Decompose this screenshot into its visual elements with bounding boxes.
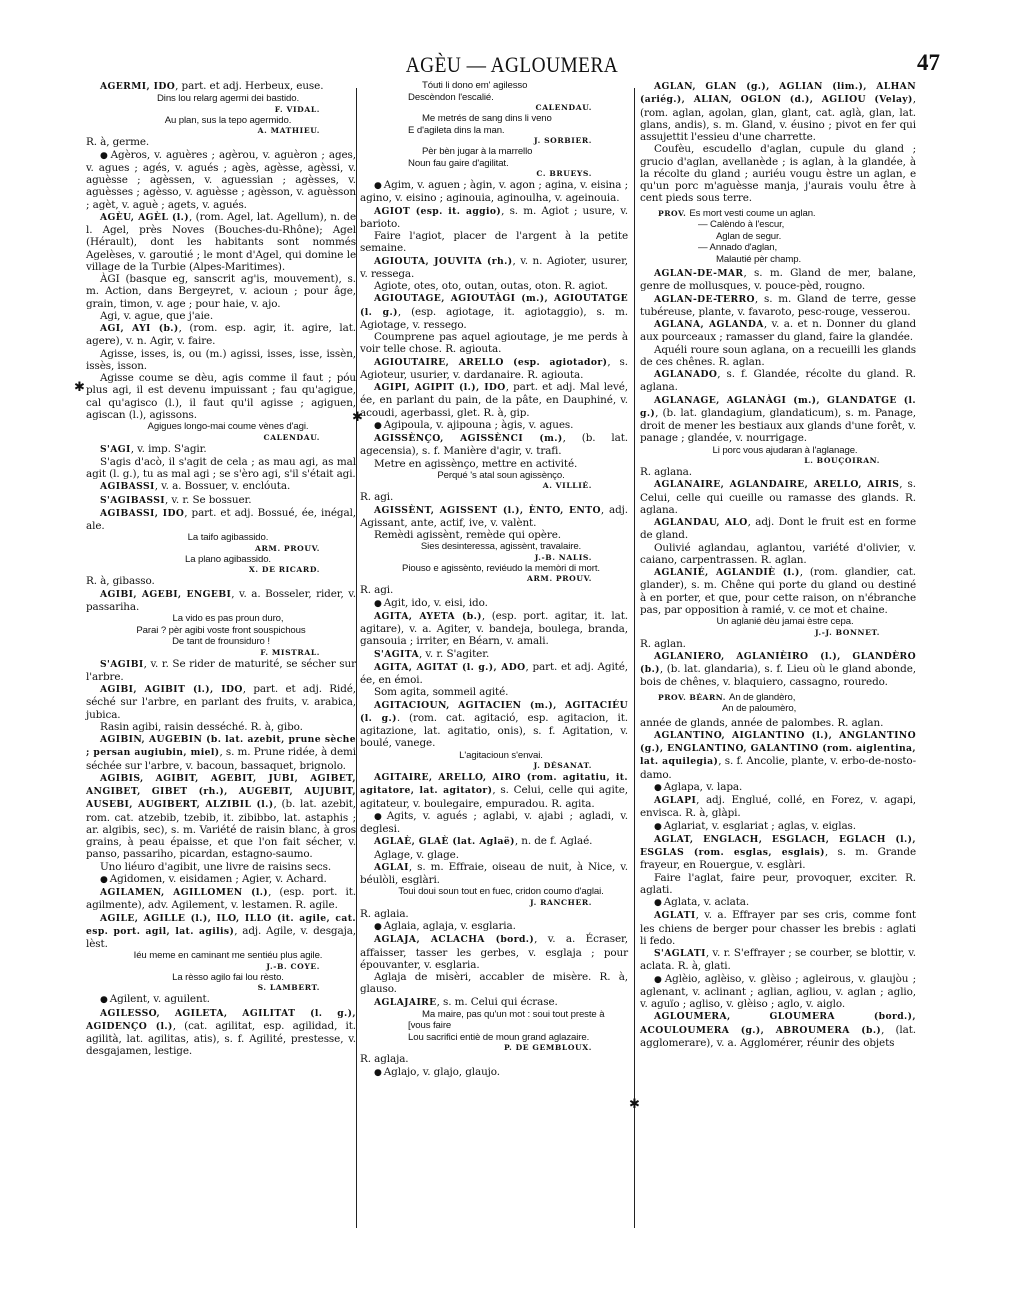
citation-author: C. BRUEYS. [360, 169, 628, 179]
dictionary-entry: AGLAPI, adj. Englué, collé, en Forez, v.… [640, 794, 916, 820]
headword: AGLANAGE, AGLANÀGI (m.), GLANDATGE (l. g… [640, 395, 916, 419]
headword: AGILAMEN, AGILLOMEN (l.) [100, 887, 268, 898]
citation-quote: La plano agibassido. [86, 554, 356, 566]
citation-quote: Pèr bèn jugar à la marrello Noun fau gai… [360, 146, 628, 169]
headword: AGLAJAIRE [374, 997, 437, 1008]
headword: AGISSÈNT, AGISSENT (l.), ÈNTO, ENTO [374, 505, 601, 516]
dictionary-entry: Som agita, sommeil agité. [360, 686, 628, 698]
citation-quote: Tóuti li dono em' agilesso Descèndon l'e… [360, 80, 628, 103]
cross-reference-entry: Aglaia, aglaja, v. esglaria. [360, 920, 628, 933]
headword: AGLAPI [654, 795, 696, 806]
headword: AGIBI, AGEBI, ENGEBI [100, 589, 231, 600]
headword: AGLANIERO, AGLANIÈIRO (l.), GLANDÈRO (b.… [640, 651, 916, 675]
dictionary-entry: S'AGITA, v. r. S'agiter. [360, 648, 628, 661]
citation-author: A. VILLIÉ. [360, 481, 628, 491]
dictionary-entry: Agiote, otes, oto, outan, outas, oton. R… [360, 280, 628, 292]
citation-author: J.-B. NALIS. [360, 553, 628, 563]
dictionary-entry: Uno liéuro d'agibit, une livre de raisin… [86, 861, 356, 873]
etymology-note: R. agi. [360, 491, 628, 503]
citation-author: CALENDAU. [86, 433, 356, 443]
dictionary-entry: AGÈU, AGÈL (l.), (rom. Agel, lat. Agellu… [86, 211, 356, 273]
headword: AGERMI, IDO [100, 81, 175, 92]
dictionary-entry: Agisse coume se dèu, agis comme il faut … [86, 372, 356, 421]
citation-quote: La taifo agibassido. [86, 532, 356, 544]
proverb-line: Malautié pèr champ. [640, 254, 916, 266]
citation-quote: Piouso e agissènto, reviéudo la memòri d… [360, 563, 628, 575]
column-divider [634, 88, 635, 1228]
proverb-line: An de glandèro, [729, 692, 795, 703]
cross-reference-entry: Aglèio, aglèiso, v. glèiso ; agleirous, … [640, 973, 916, 1011]
etymology-note: année de glands, année de palombes. R. a… [640, 717, 916, 729]
citation-quote: Un aglanié dèu jamai èstre cepa. [640, 616, 916, 628]
citation-author: X. DE RICARD. [86, 565, 356, 575]
cross-reference-entry: Agits, v. agués ; aglabi, v. ajabi ; agl… [360, 810, 628, 836]
citation-author: F. MISTRAL. [86, 648, 356, 658]
dictionary-entry: Faire l'aglat, faire peur, provoquer, ex… [640, 872, 916, 897]
cross-reference-entry: Agidomen, v. eisidamen ; Agier, v. Achar… [86, 873, 356, 886]
citation-quote: La rèsso agilo fai lou rèsto. [86, 972, 356, 984]
dictionary-entry: ÀGI (basque eg, sanscrit ag'is, mouvemen… [86, 273, 356, 310]
headword: S'AGI [100, 444, 131, 455]
column-right: AGLAN, GLAN (g.), AGLIAN (lim.), ALHAN (… [640, 80, 916, 1049]
etymology-note: R. à, gibasso. [86, 575, 356, 587]
proverb-line: — Annado d'aglan, [640, 242, 916, 254]
citation-quote: L'agitacioun s'envai. [360, 750, 628, 762]
proverb-block: PROV. BÉARN. An de glandèro,An de paloum… [640, 692, 916, 715]
dictionary-entry: AGLANIÉ, AGLANDIÈ (l.), (rom. glandier, … [640, 566, 916, 616]
citation-quote: La vido es pas proun duro, Parai ? pèr a… [86, 613, 356, 648]
citation-author: J. DÉSANAT. [360, 761, 628, 771]
citation-author: J.-B. COYE. [86, 962, 356, 972]
headword: AGLAI [374, 862, 409, 873]
dictionary-entry: AGITACIOUN, AGITACIEN (m.), AGITACIÉU (l… [360, 699, 628, 750]
dictionary-entry: AGLAI, s. m. Effraie, oiseau de nuit, à … [360, 861, 628, 887]
citation-author: A. MATHIEU. [86, 126, 356, 136]
citation-quote: Toui doui soun tout en fuec, cridon coum… [360, 886, 628, 898]
headword: AGLANAIRE, AGLANDAIRE, ARELLO, AIRIS [654, 479, 899, 490]
proverb-label: PROV. [658, 209, 689, 218]
headword: AGLANIÉ, AGLANDIÈ (l.) [654, 567, 800, 578]
cross-reference-entry: Aglariat, v. esglariat ; aglas, v. eigla… [640, 820, 916, 833]
dictionary-entry: AGILAMEN, AGILLOMEN (l.), (esp. port. it… [86, 886, 356, 912]
dictionary-entry: AGLAT, ENGLACH, ESGLACH, EGLACH (l.), ES… [640, 833, 916, 872]
dictionary-entry: AGIOT (esp. it. aggio), s. m. Agiot ; us… [360, 205, 628, 231]
headword: AGLAT, ENGLACH, ESGLACH, EGLACH (l.), ES… [640, 834, 916, 858]
etymology-note: R. à, germe. [86, 136, 356, 148]
headword: AGITA, AGITAT (l. g.), ADO [374, 662, 526, 673]
dictionary-entry: AGISSÈNT, AGISSENT (l.), ÈNTO, ENTO, adj… [360, 504, 628, 530]
headword: AGILE, AGILLE (l.), ILO, ILLO (it. agile… [86, 913, 356, 937]
dictionary-entry: AGLAJA, ACLACHA (bord.), v. a. Écraser, … [360, 933, 628, 971]
citation-author: ARM. PROUV. [86, 544, 356, 554]
citation-quote: Au plan, sus la tepo agermido. [86, 115, 356, 127]
proverb-label: PROV. BÉARN. [658, 693, 729, 702]
citation-quote: Ma maire, pas qu'un mot : soui tout pres… [360, 1009, 628, 1044]
dictionary-entry: AGITA, AGITAT (l. g.), ADO, part. et adj… [360, 661, 628, 687]
dictionary-entry: S'AGIBASSI, v. r. Se bossuer. [86, 494, 356, 507]
dictionary-entry: AGLANAIRE, AGLANDAIRE, ARELLO, AIRIS, s.… [640, 478, 916, 516]
dictionary-entry: AGLAÈ, GLAÈ (lat. Aglaë), n. de f. Aglaé… [360, 835, 628, 848]
headword: S'AGLATI [654, 948, 706, 959]
citation-quote: Agigues longo-mai coume vènes d'agi. [86, 421, 356, 433]
headword: S'AGIBASSI [100, 495, 165, 506]
headword: AGLATI [654, 910, 696, 921]
proverb-line: Es mort vesti coume un aglan. [689, 208, 815, 219]
dictionary-entry: AGLAN-DE-TERRO, s. m. Gland de terre, ge… [640, 293, 916, 319]
citation-quote: Me metrés de sang dins li veno E d'agile… [360, 113, 628, 136]
dictionary-entry: AGIBI, AGIBIT (l.), IDO, part. et adj. R… [86, 683, 356, 721]
dictionary-entry: Faire l'agiot, placer de l'argent à la p… [360, 230, 628, 255]
dictionary-entry: AGIBIS, AGIBIT, AGEBIT, JUBI, AGIBET, AN… [86, 772, 356, 861]
dictionary-entry: AGLANA, AGLANDA, v. a. et n. Donner du g… [640, 318, 916, 344]
headword: AGIBASSI, IDO [100, 508, 184, 519]
dictionary-page: AGÈU — AGLOUMERA 47 AGERMI, IDO, part. e… [0, 0, 1024, 1305]
dictionary-entry: AGIOUTAGE, AGIOUTÀGI (m.), AGIOUTATGE (l… [360, 292, 628, 331]
column-middle: Tóuti li dono em' agilesso Descèndon l'e… [360, 80, 628, 1079]
dictionary-entry: AGISSÈNÇO, AGISSÈNCI (m.), (b. lat. agec… [360, 432, 628, 458]
headword: AGILESSO, AGILETA, AGILITAT (l. g.), AGI… [86, 1008, 356, 1032]
dictionary-entry: AGLANTINO, AIGLANTINO (l.), ANGLANTINO (… [640, 729, 916, 781]
cross-reference-entry: Aglapa, v. lapa. [640, 781, 916, 794]
citation-author: J.-J. BONNET. [640, 628, 916, 638]
headword: AGITACIOUN, AGITACIEN (m.), AGITACIÉU (l… [360, 700, 628, 724]
etymology-note: R. aglaia. [360, 908, 628, 920]
etymology-note: R. aglaja. [360, 1053, 628, 1065]
citation-quote: Sies desinteressa, agissènt, travalaire. [360, 541, 628, 553]
dictionary-entry: AGI, AYI (b.), (rom. esp. agir, it. agir… [86, 322, 356, 348]
margin-asterisk-icon: ✱ [74, 380, 85, 395]
headword: AGIBASSI [100, 481, 155, 492]
cross-reference-entry: Agit, ido, v. eisi, ido. [360, 597, 628, 610]
headword: AGLAN-DE-MAR [654, 268, 743, 279]
cross-reference-entry: Agèros, v. aguères ; agèrou, v. aguèron … [86, 149, 356, 211]
headword: AGLAJA, ACLACHA (bord.) [374, 934, 534, 945]
dictionary-entry: Aquéli roure soun aglana, on a recueilli… [640, 344, 916, 369]
dictionary-entry: AGIBASSI, v. a. Bossuer, v. enclóuta. [86, 480, 356, 493]
dictionary-entry: AGLATI, v. a. Effrayer par ses cris, com… [640, 909, 916, 947]
citation-author: L. BOUÇOIRAN. [640, 456, 916, 466]
headword: AGIBIN, AUGEBIN (b. lat. azebit, prune s… [86, 734, 356, 758]
dictionary-entry: AGLAN-DE-MAR, s. m. Gland de mer, balane… [640, 267, 916, 293]
cross-reference-entry: Aglata, v. aclata. [640, 896, 916, 909]
dictionary-entry: AGILE, AGILLE (l.), ILO, ILLO (it. agile… [86, 912, 356, 951]
dictionary-entry: Coufèu, escudello d'aglan, cupule du gla… [640, 143, 916, 204]
dictionary-entry: Agi, v. ague, que j'aie. [86, 310, 356, 322]
headword: AGIPI, AGIPIT (l.), IDO [374, 382, 506, 393]
headword: AGLANTINO, AIGLANTINO (l.), ANGLANTINO (… [640, 730, 916, 768]
dictionary-entry: AGIBASSI, IDO, part. et adj. Bossué, ée,… [86, 507, 356, 533]
dictionary-entry: AGERMI, IDO, part. et adj. Herbeux, euse… [86, 80, 356, 93]
dictionary-entry: AGLANIERO, AGLANIÈIRO (l.), GLANDÈRO (b.… [640, 650, 916, 689]
citation-author: J. RANCHER. [360, 898, 628, 908]
headword: AGÈU, AGÈL (l.) [100, 212, 189, 223]
headword: S'AGIBI [100, 659, 144, 670]
dictionary-entry: AGIBI, AGEBI, ENGEBI, v. a. Bosseler, ri… [86, 588, 356, 614]
headword: AGITAIRE, ARELLO, AIRO (rom. agitatiu, i… [360, 772, 628, 796]
headword: AGIBI, AGIBIT (l.), IDO [100, 684, 243, 695]
dictionary-entry: AGLOUMERA, GLOUMERA (bord.), ACOULOUMERA… [640, 1010, 916, 1049]
headword: AGISSÈNÇO, AGISSÈNCI (m.) [374, 433, 563, 444]
citation-quote: Perqué 's atal soun agissènço. [360, 470, 628, 482]
headword: AGLANDAU, ALO [654, 517, 748, 528]
dictionary-entry: S'AGI, v. imp. S'agir. [86, 443, 356, 456]
headword: AGLAN, GLAN (g.), AGLIAN (lim.), ALHAN (… [640, 81, 916, 105]
dictionary-entry: AGITAIRE, ARELLO, AIRO (rom. agitatiu, i… [360, 771, 628, 810]
running-title: AGÈU — AGLOUMERA [61, 52, 962, 78]
dictionary-entry: AGIPI, AGIPIT (l.), IDO, part. et adj. M… [360, 381, 628, 419]
dictionary-entry: Remèdi agissènt, remède qui opère. [360, 529, 628, 541]
headword: AGLANA, AGLANDA [654, 319, 764, 330]
dictionary-entry: AGLAJAIRE, s. m. Celui qui écrase. [360, 996, 628, 1009]
headword: AGITA, AYETA (b.) [374, 611, 482, 622]
citation-author: F. VIDAL. [86, 105, 356, 115]
cross-reference-entry: Agipoula, v. ajipouna ; àgis, v. agues. [360, 419, 628, 432]
citation-author: S. LAMBERT. [86, 983, 356, 993]
dictionary-entry: AGLANADO, s. f. Glandée, récolte du glan… [640, 368, 916, 394]
dictionary-entry: AGIOUTAIRE, ARELLO (esp. agiotador), s. … [360, 356, 628, 382]
dictionary-entry: AGIBIN, AUGEBIN (b. lat. azebit, prune s… [86, 733, 356, 772]
citation-quote: Dins lou relarg agermi dei bastido. [86, 93, 356, 105]
headword: AGLAÈ, GLAÈ (lat. Aglaë) [374, 836, 515, 847]
dictionary-entry: AGITA, AYETA (b.), (esp. port. agitar, i… [360, 610, 628, 648]
proverb-line: Aglan de segur. [640, 231, 916, 243]
dictionary-entry: AGILESSO, AGILETA, AGILITAT (l. g.), AGI… [86, 1007, 356, 1058]
dictionary-entry: AGIOUTA, JOUVITA (rh.), v. n. Agioter, u… [360, 255, 628, 281]
headword: AGLOUMERA, GLOUMERA (bord.), ACOULOUMERA… [640, 1011, 916, 1035]
citation-author: ARM. PROUV. [360, 574, 628, 584]
headword: AGIBIS, AGIBIT, AGEBIT, JUBI, AGIBET, AN… [86, 773, 356, 811]
margin-asterisk-icon: ✱ [629, 1097, 640, 1112]
etymology-note: R. agi. [360, 584, 628, 596]
dictionary-entry: AGLANDAU, ALO, adj. Dont le fruit est en… [640, 516, 916, 542]
citation-quote: Iéu meme en caminant me sentiéu plus agi… [86, 950, 356, 962]
dictionary-entry: Aglaja de misèri, accabler de misère. R.… [360, 971, 628, 996]
etymology-note: R. aglana. [640, 466, 916, 478]
citation-quote: Li porc vous ajudaran à l'aglanage. [640, 445, 916, 457]
cross-reference-entry: Agilent, v. aguilent. [86, 993, 356, 1006]
dictionary-entry: Agisse, isses, is, ou (m.) agissi, isses… [86, 348, 356, 373]
headword: AGIOUTAIRE, ARELLO (esp. agiotador) [374, 357, 607, 368]
dictionary-entry: S'agis d'acò, il s'agit de cela ; as mau… [86, 456, 356, 481]
citation-author: J. SORBIER. [360, 136, 628, 146]
dictionary-entry: Oulivié aglandau, aglantou, variété d'ol… [640, 542, 916, 567]
dictionary-entry: Metre en agissènço, mettre en activité. [360, 458, 628, 470]
column-left: AGERMI, IDO, part. et adj. Herbeux, euse… [86, 80, 356, 1058]
proverb-block: PROV. Es mort vesti coume un aglan.— Cal… [640, 208, 916, 266]
dictionary-entry: Rasin agibi, raisin desséché. R. à, gibo… [86, 721, 356, 733]
headword: AGLAN-DE-TERRO [654, 294, 755, 305]
proverb-line: An de paloumèro, [640, 703, 916, 715]
dictionary-entry: Aglage, v. glage. [360, 849, 628, 861]
headword: AGLANADO [654, 369, 717, 380]
page-number: 47 [917, 50, 940, 76]
dictionary-entry: S'AGIBI, v. r. Se rider de maturité, se … [86, 658, 356, 684]
headword: AGIOT (esp. it. aggio) [374, 206, 501, 217]
dictionary-entry: AGLAN, GLAN (g.), AGLIAN (lim.), ALHAN (… [640, 80, 916, 143]
dictionary-entry: AGLANAGE, AGLANÀGI (m.), GLANDATGE (l. g… [640, 394, 916, 445]
cross-reference-entry: Aglajo, v. glajo, glaujo. [360, 1066, 628, 1079]
column-divider [356, 88, 357, 1228]
margin-asterisk-icon: ✱ [352, 410, 363, 425]
headword: AGIOUTAGE, AGIOUTÀGI (m.), AGIOUTATGE (l… [360, 293, 628, 317]
dictionary-entry: S'AGLATI, v. r. S'effrayer ; se courber,… [640, 947, 916, 973]
headword: S'AGITA [374, 649, 419, 660]
citation-author: P. DE GEMBLOUX. [360, 1043, 628, 1053]
headword: AGIOUTA, JOUVITA (rh.) [374, 256, 512, 267]
cross-reference-entry: Agim, v. aguen ; àgin, v. agon ; agina, … [360, 179, 628, 205]
proverb-line: — Calèndo à l'escur, [640, 219, 916, 231]
citation-author: CALENDAU. [360, 103, 628, 113]
etymology-note: R. aglan. [640, 638, 916, 650]
dictionary-entry: Coumprene pas aquel agioutage, je me per… [360, 331, 628, 356]
headword: AGI, AYI (b.) [100, 323, 179, 334]
